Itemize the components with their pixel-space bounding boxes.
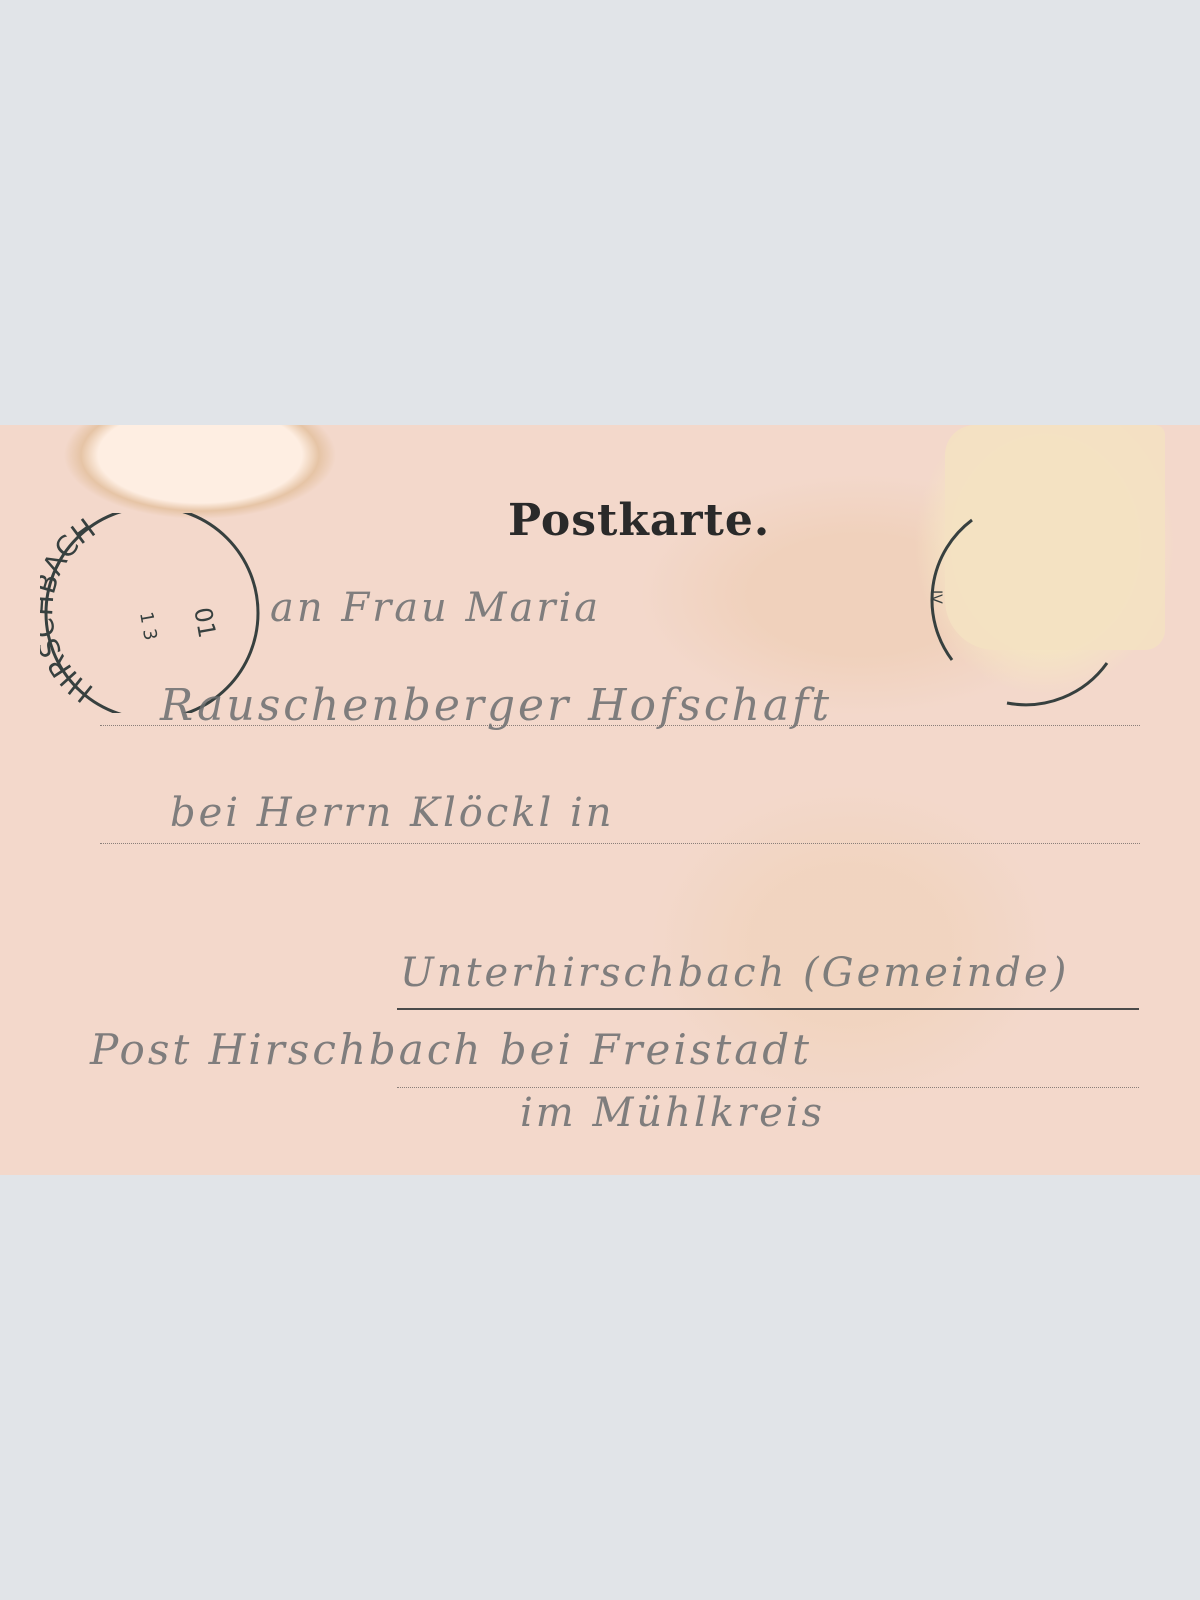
card-title: Postkarte. [508, 495, 770, 546]
address-line-3: bei Herrn Klöckl in [170, 790, 615, 836]
svg-text:01: 01 [188, 605, 221, 640]
svg-text:IV: IV [928, 590, 944, 604]
address-line-4: Unterhirschbach (Gemeinde) [400, 950, 1069, 996]
postcard: Postkarte. HIRSCHBACH 1 3 01 IV an Frau … [0, 425, 1200, 1175]
address-line-1: an Frau Maria [270, 585, 601, 631]
postmark-town: HIRSCHBACH [40, 513, 102, 709]
address-line-5: Post Hirschbach bei Freistadt [90, 1025, 812, 1074]
address-rule-3 [397, 1008, 1139, 1010]
address-line-6: im Mühlkreis [520, 1090, 825, 1136]
postmark-partial: IV [912, 510, 1122, 710]
address-rule-4 [397, 1087, 1139, 1088]
svg-text:1 3: 1 3 [135, 610, 161, 642]
address-line-2: Rauschenberger Hofschaft [160, 680, 832, 731]
address-rule-2 [100, 843, 1140, 844]
